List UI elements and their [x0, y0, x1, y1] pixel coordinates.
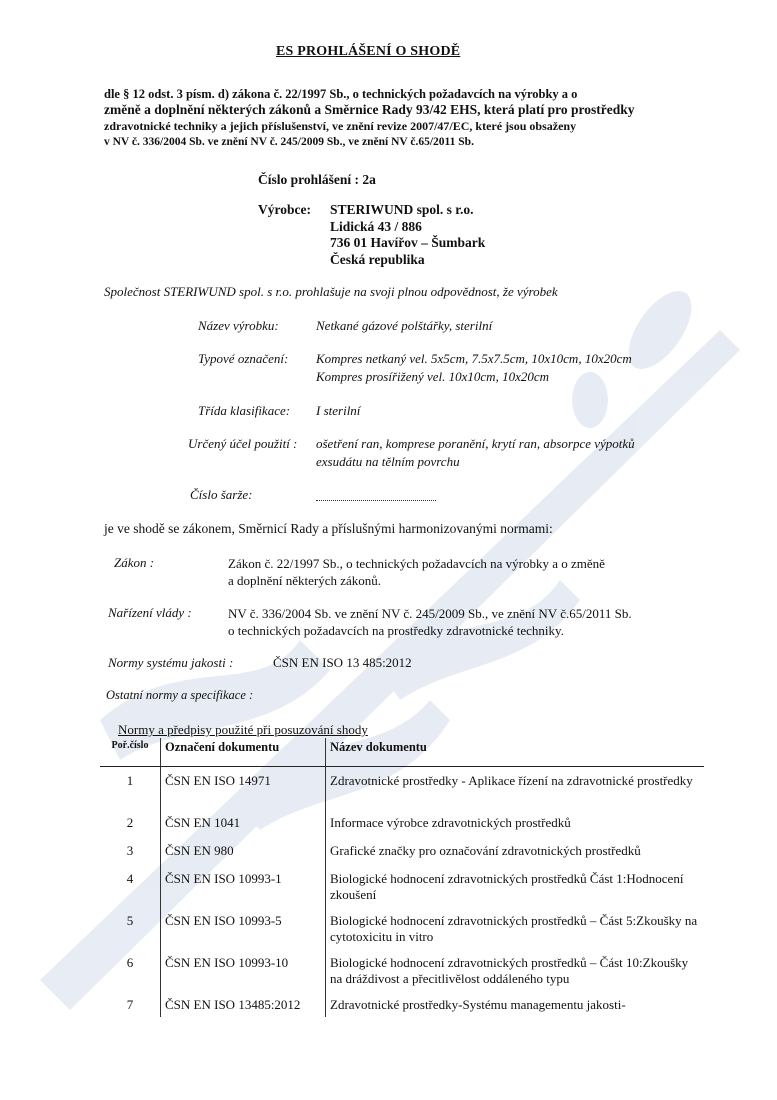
law-line: Zákon č. 22/1997 Sb., o technických poža… — [228, 555, 605, 572]
norms-table-caption: Normy a předpisy použité při posuzování … — [118, 722, 368, 738]
document-code: ČSN EN ISO 10993-10 — [161, 949, 326, 991]
document-name: Zdravotnické prostředky - Aplikace řízen… — [326, 767, 705, 810]
column-header-code: Označení dokumentu — [161, 738, 326, 767]
manufacturer-country: Česká republika — [330, 252, 485, 269]
column-header-name: Název dokumentu — [326, 738, 705, 767]
document-code: ČSN EN 1041 — [161, 809, 326, 837]
manufacturer-label: Výrobce: — [258, 202, 311, 218]
quality-system-label: Normy systému jakosti : — [108, 655, 233, 671]
table-row: 4 ČSN EN ISO 10993-1 Biologické hodnocen… — [100, 865, 704, 907]
row-number: 1 — [100, 767, 161, 810]
type-designation-value-1: Kompres netkaný vel. 5x5cm, 7.5x7.5cm, 1… — [316, 351, 632, 367]
intended-use-value-1: ošetření ran, komprese poranění, krytí r… — [316, 436, 635, 452]
document-name: Biologické hodnocení zdravotnických pros… — [326, 907, 705, 949]
classification-label: Třída klasifikace: — [198, 403, 290, 419]
table-header-row: Poř.číslo Označení dokumentu Název dokum… — [100, 738, 704, 767]
table-row: 1 ČSN EN ISO 14971 Zdravotnické prostřed… — [100, 767, 704, 810]
conformity-statement: je ve shodě se zákonem, Směrnicí Rady a … — [104, 521, 553, 537]
column-header-number: Poř.číslo — [100, 738, 161, 767]
document-name: Zdravotnické prostředky-Systému manageme… — [326, 991, 705, 1017]
document-code: ČSN EN ISO 10993-1 — [161, 865, 326, 907]
document-code: ČSN EN ISO 14971 — [161, 767, 326, 810]
manufacturer-street: Lidická 43 / 886 — [330, 219, 485, 236]
classification-value: I sterilní — [316, 403, 360, 419]
regulation-line: o technických požadavcích na prostředky … — [228, 622, 632, 639]
document-name: Informace výrobce zdravotnických prostře… — [326, 809, 705, 837]
law-label: Zákon : — [114, 555, 154, 571]
document-page: ES PROHLÁŠENÍ O SHODĚ dle § 12 odst. 3 p… — [0, 0, 777, 1100]
batch-number-label: Číslo šarže: — [190, 487, 252, 503]
intro-line: zdravotnické techniky a jejich příslušen… — [104, 118, 635, 134]
law-value: Zákon č. 22/1997 Sb., o technických poža… — [228, 555, 605, 589]
norms-table: Poř.číslo Označení dokumentu Název dokum… — [100, 738, 704, 1017]
intro-line: změně a doplnění některých zákonů a Směr… — [104, 102, 635, 118]
document-name: Biologické hodnocení zdravotnických pros… — [326, 865, 705, 907]
document-code: ČSN EN 980 — [161, 837, 326, 865]
law-line: a doplnění některých zákonů. — [228, 572, 605, 589]
row-number: 5 — [100, 907, 161, 949]
government-regulation-value: NV č. 336/2004 Sb. ve znění NV č. 245/20… — [228, 605, 632, 639]
batch-number-field — [316, 490, 436, 501]
legal-basis-paragraph: dle § 12 odst. 3 písm. d) zákona č. 22/1… — [104, 86, 635, 150]
row-number: 6 — [100, 949, 161, 991]
product-name-value: Netkané gázové polštářky, sterilní — [316, 318, 492, 334]
document-code: ČSN EN ISO 13485:2012 — [161, 991, 326, 1017]
row-number: 3 — [100, 837, 161, 865]
type-designation-value-2: Kompres prosířižený vel. 10x10cm, 10x20c… — [316, 369, 549, 385]
intended-use-value-2: exsudátu na tělním povrchu — [316, 454, 460, 470]
regulation-line: NV č. 336/2004 Sb. ve znění NV č. 245/20… — [228, 605, 632, 622]
intended-use-label: Určený účel použití : — [188, 436, 297, 452]
manufacturer-address: STERIWUND spol. s r.o. Lidická 43 / 886 … — [330, 202, 485, 268]
document-name: Grafické značky pro označování zdravotni… — [326, 837, 705, 865]
table-row: 2 ČSN EN 1041 Informace výrobce zdravotn… — [100, 809, 704, 837]
table-row: 5 ČSN EN ISO 10993-5 Biologické hodnocen… — [100, 907, 704, 949]
manufacturer-name: STERIWUND spol. s r.o. — [330, 202, 485, 219]
intro-line: dle § 12 odst. 3 písm. d) zákona č. 22/1… — [104, 86, 635, 102]
declaration-number: Číslo prohlášení : 2a — [258, 172, 376, 188]
row-number: 4 — [100, 865, 161, 907]
row-number: 7 — [100, 991, 161, 1017]
row-number: 2 — [100, 809, 161, 837]
table-row: 6 ČSN EN ISO 10993-10 Biologické hodnoce… — [100, 949, 704, 991]
table-row: 3 ČSN EN 980 Grafické značky pro označov… — [100, 837, 704, 865]
type-designation-label: Typové označení: — [198, 351, 288, 367]
document-name: Biologické hodnocení zdravotnických pros… — [326, 949, 705, 991]
document-title: ES PROHLÁŠENÍ O SHODĚ — [276, 44, 460, 60]
manufacturer-city: 736 01 Havířov – Šumbark — [330, 235, 485, 252]
responsibility-statement: Společnost STERIWUND spol. s r.o. prohla… — [104, 284, 558, 300]
product-name-label: Název výrobku: — [198, 318, 279, 334]
intro-line: v NV č. 336/2004 Sb. ve znění NV č. 245/… — [104, 134, 635, 150]
other-norms-label: Ostatní normy a specifikace : — [106, 688, 253, 703]
table-row: 7 ČSN EN ISO 13485:2012 Zdravotnické pro… — [100, 991, 704, 1017]
government-regulation-label: Nařízení vlády : — [108, 605, 192, 621]
document-code: ČSN EN ISO 10993-5 — [161, 907, 326, 949]
quality-system-value: ČSN EN ISO 13 485:2012 — [273, 655, 412, 671]
